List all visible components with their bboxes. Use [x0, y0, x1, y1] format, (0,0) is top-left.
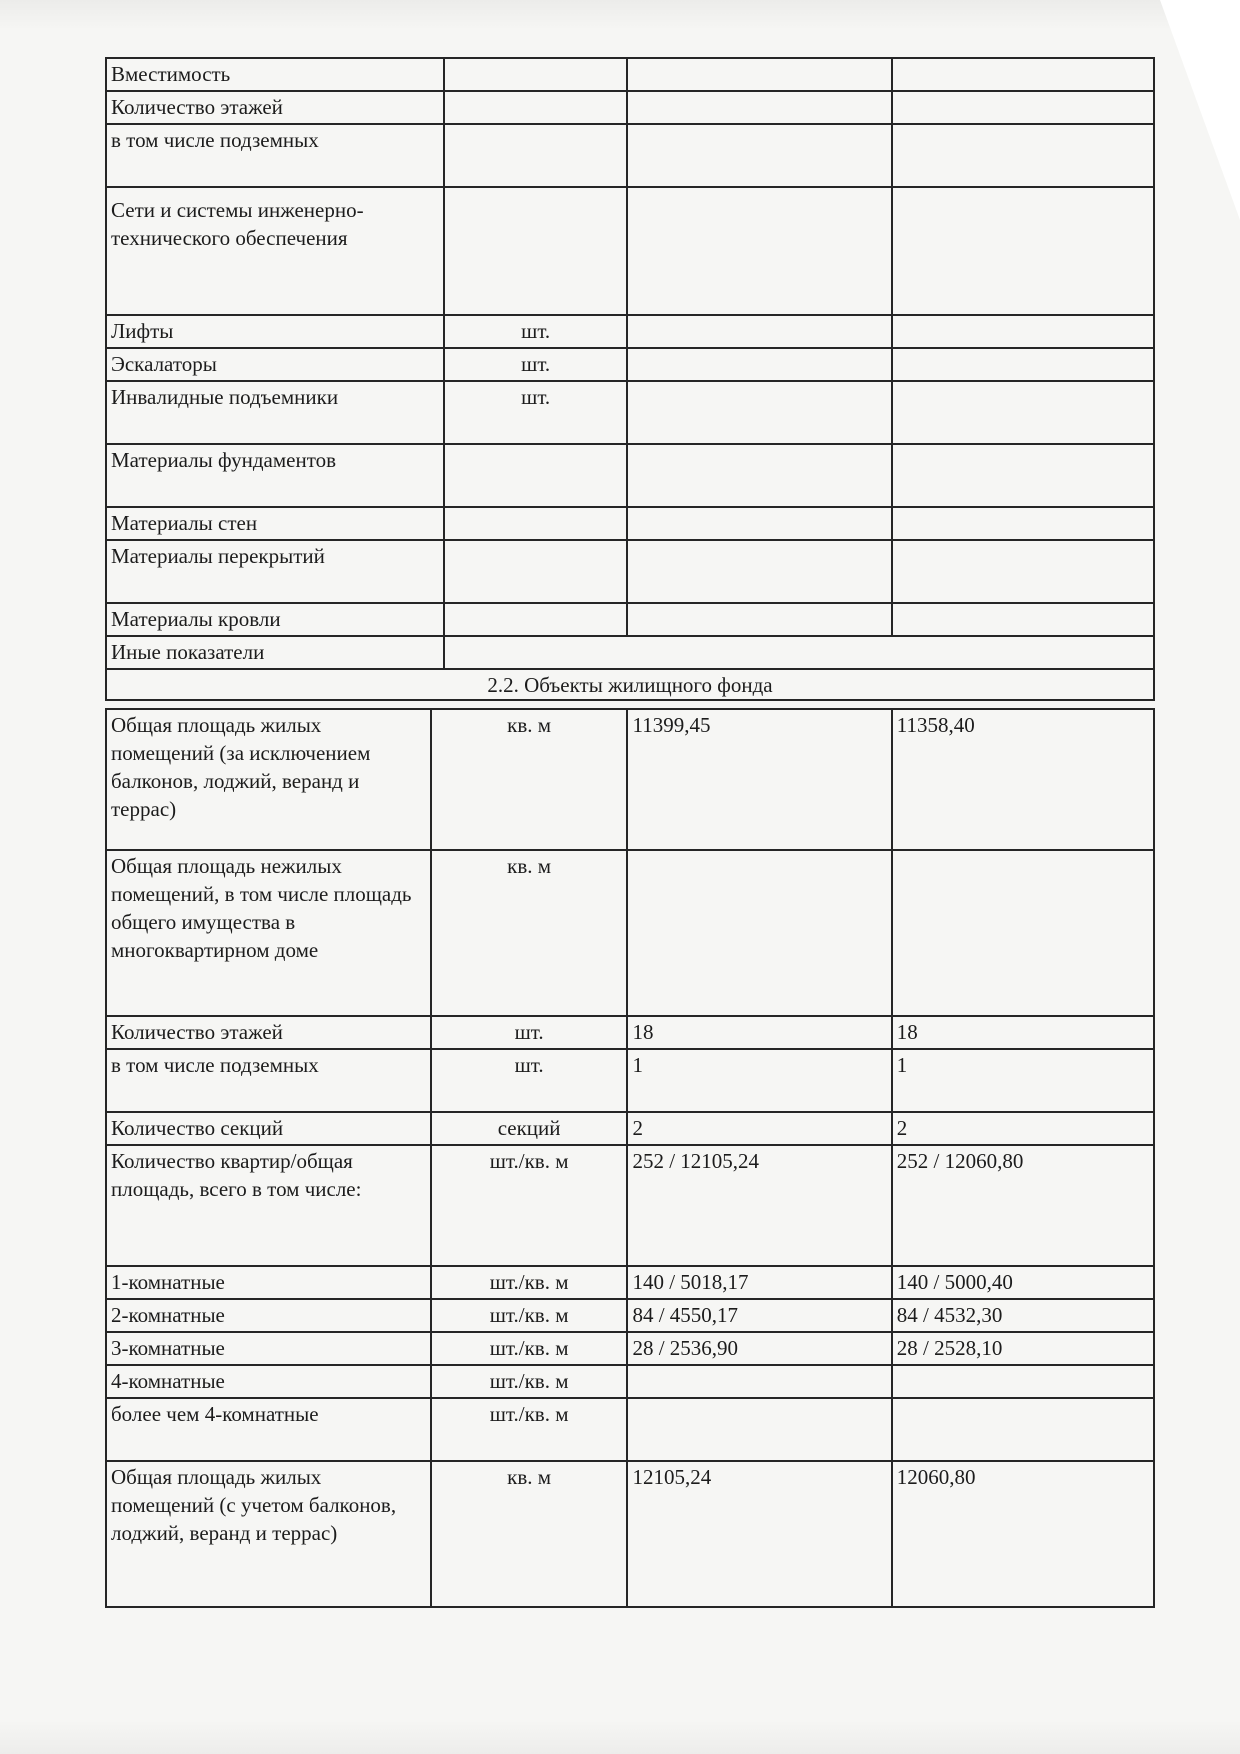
row-value-project: 140 / 5018,17 — [627, 1266, 891, 1299]
row-label: Общая площадь жилых помещений (с учетом … — [106, 1461, 431, 1607]
row-unit — [444, 444, 628, 507]
row-unit: шт. — [444, 348, 628, 381]
row-unit: секций — [431, 1112, 628, 1145]
row-unit: шт./кв. м — [431, 1398, 628, 1461]
row-value-project: 12105,24 — [627, 1461, 891, 1607]
row-value-actual — [892, 58, 1154, 91]
row-value-project: 252 / 12105,24 — [627, 1145, 891, 1266]
row-label: в том числе подземных — [106, 1049, 431, 1112]
row-unit: шт. — [444, 381, 628, 444]
table-row: в том числе подземных — [106, 124, 1154, 187]
row-value-project — [627, 444, 891, 507]
row-label: Материалы фундаментов — [106, 444, 444, 507]
row-label: Материалы кровли — [106, 603, 444, 636]
row-unit: шт./кв. м — [431, 1299, 628, 1332]
row-label: 1-комнатные — [106, 1266, 431, 1299]
row-value-project: 28 / 2536,90 — [627, 1332, 891, 1365]
row-value-project — [627, 124, 891, 187]
row-label: Количество этажей — [106, 91, 444, 124]
row-label: 4-комнатные — [106, 1365, 431, 1398]
row-value-actual — [892, 91, 1154, 124]
row-label: Материалы стен — [106, 507, 444, 540]
row-label: Материалы перекрытий — [106, 540, 444, 603]
row-value-actual — [892, 381, 1154, 444]
row-value-actual — [892, 540, 1154, 603]
row-value-actual — [892, 603, 1154, 636]
table-row-other-indicators: Иные показатели — [106, 636, 1154, 669]
row-value-actual — [892, 1365, 1154, 1398]
row-label: Инвалидные подъемники — [106, 381, 444, 444]
folded-corner — [1160, 0, 1240, 220]
row-value-project — [627, 315, 891, 348]
table-row: Количество секций секций 2 2 — [106, 1112, 1154, 1145]
row-unit: кв. м — [431, 709, 628, 850]
row-value-project — [627, 540, 891, 603]
table-row: Количество этажей — [106, 91, 1154, 124]
row-label: 3-комнатные — [106, 1332, 431, 1365]
table-row: 4-комнатные шт./кв. м — [106, 1365, 1154, 1398]
row-value-project: 11399,45 — [627, 709, 891, 850]
table-row: в том числе подземных шт. 1 1 — [106, 1049, 1154, 1112]
table-row: 3-комнатные шт./кв. м 28 / 2536,90 28 / … — [106, 1332, 1154, 1365]
row-value-actual: 2 — [892, 1112, 1154, 1145]
row-unit: кв. м — [431, 1461, 628, 1607]
row-value-actual — [892, 187, 1154, 315]
table-row: Материалы перекрытий — [106, 540, 1154, 603]
row-value-actual — [892, 315, 1154, 348]
row-unit — [444, 124, 628, 187]
row-value-actual: 84 / 4532,30 — [892, 1299, 1154, 1332]
row-value-project — [627, 58, 891, 91]
row-value-project: 2 — [627, 1112, 891, 1145]
row-value-actual — [892, 507, 1154, 540]
row-value-project — [627, 187, 891, 315]
row-label: Количество секций — [106, 1112, 431, 1145]
row-value-actual — [892, 850, 1154, 1016]
row-unit — [444, 540, 628, 603]
table-row: Сети и системы инженерно-технического об… — [106, 187, 1154, 315]
row-unit: кв. м — [431, 850, 628, 1016]
row-label: Количество квартир/общая площадь, всего … — [106, 1145, 431, 1266]
row-unit: шт. — [431, 1049, 628, 1112]
row-value-project — [627, 603, 891, 636]
section-title: 2.2. Объекты жилищного фонда — [106, 669, 1154, 700]
table-row: Общая площадь жилых помещений (за исключ… — [106, 709, 1154, 850]
row-unit: шт./кв. м — [431, 1145, 628, 1266]
table-row: 2-комнатные шт./кв. м 84 / 4550,17 84 / … — [106, 1299, 1154, 1332]
row-label: Иные показатели — [106, 636, 444, 669]
row-value-actual — [892, 1398, 1154, 1461]
table-row: 1-комнатные шт./кв. м 140 / 5018,17 140 … — [106, 1266, 1154, 1299]
row-label: в том числе подземных — [106, 124, 444, 187]
section-header-row: 2.2. Объекты жилищного фонда — [106, 669, 1154, 700]
row-label: Количество этажей — [106, 1016, 431, 1049]
row-value-actual — [892, 124, 1154, 187]
row-label: более чем 4-комнатные — [106, 1398, 431, 1461]
table-row: Лифты шт. — [106, 315, 1154, 348]
row-value-project — [627, 1398, 891, 1461]
table-row: Эскалаторы шт. — [106, 348, 1154, 381]
row-label: Эскалаторы — [106, 348, 444, 381]
row-unit: шт./кв. м — [431, 1365, 628, 1398]
row-value — [444, 636, 1154, 669]
row-value-actual — [892, 444, 1154, 507]
row-value-actual: 18 — [892, 1016, 1154, 1049]
row-value-project — [627, 91, 891, 124]
row-value-project — [627, 381, 891, 444]
table-row: Материалы кровли — [106, 603, 1154, 636]
table-row: Общая площадь жилых помещений (с учетом … — [106, 1461, 1154, 1607]
row-value-project: 84 / 4550,17 — [627, 1299, 891, 1332]
row-label: Общая площадь жилых помещений (за исключ… — [106, 709, 431, 850]
row-label: Сети и системы инженерно-технического об… — [106, 187, 444, 315]
table-row: Количество этажей шт. 18 18 — [106, 1016, 1154, 1049]
table-row: Количество квартир/общая площадь, всего … — [106, 1145, 1154, 1266]
table-row: более чем 4-комнатные шт./кв. м — [106, 1398, 1154, 1461]
table-row: Материалы стен — [106, 507, 1154, 540]
row-unit: шт. — [444, 315, 628, 348]
table-row: Инвалидные подъемники шт. — [106, 381, 1154, 444]
row-value-actual: 11358,40 — [892, 709, 1154, 850]
row-value-project: 1 — [627, 1049, 891, 1112]
row-unit — [444, 91, 628, 124]
row-value-actual: 1 — [892, 1049, 1154, 1112]
row-unit: шт./кв. м — [431, 1266, 628, 1299]
row-unit — [444, 603, 628, 636]
row-value-actual: 140 / 5000,40 — [892, 1266, 1154, 1299]
row-label: Общая площадь нежилых помещений, в том ч… — [106, 850, 431, 1016]
row-value-project: 18 — [627, 1016, 891, 1049]
row-unit: шт. — [431, 1016, 628, 1049]
row-value-project — [627, 850, 891, 1016]
row-value-actual: 252 / 12060,80 — [892, 1145, 1154, 1266]
table-row: Материалы фундаментов — [106, 444, 1154, 507]
building-indicators-table: Вместимость Количество этажей в том числ… — [105, 57, 1155, 701]
row-label: Вместимость — [106, 58, 444, 91]
table-row: Вместимость — [106, 58, 1154, 91]
row-label: 2-комнатные — [106, 1299, 431, 1332]
row-unit — [444, 58, 628, 91]
row-value-project — [627, 507, 891, 540]
row-unit — [444, 187, 628, 315]
row-value-actual: 12060,80 — [892, 1461, 1154, 1607]
row-unit — [444, 507, 628, 540]
housing-stock-table: Общая площадь жилых помещений (за исключ… — [105, 708, 1155, 1608]
row-value-project — [627, 348, 891, 381]
table-row: Общая площадь нежилых помещений, в том ч… — [106, 850, 1154, 1016]
row-value-actual: 28 / 2528,10 — [892, 1332, 1154, 1365]
row-label: Лифты — [106, 315, 444, 348]
row-unit: шт./кв. м — [431, 1332, 628, 1365]
row-value-actual — [892, 348, 1154, 381]
row-value-project — [627, 1365, 891, 1398]
